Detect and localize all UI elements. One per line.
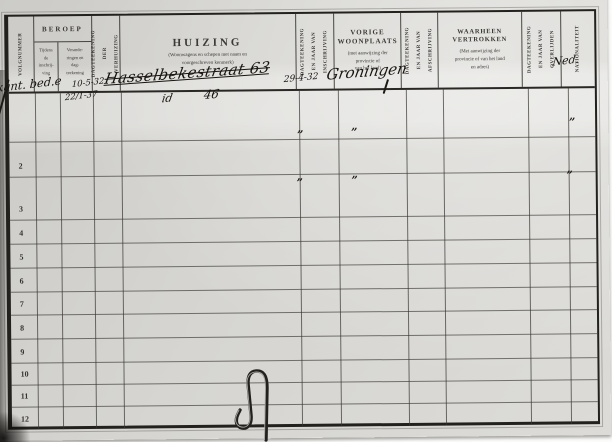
scan-shadow-corner [0,412,30,442]
paperclip-icon [228,366,280,442]
header-vorige-woonplaats: VORIGE WOONPLAATS [337,28,397,47]
header-waarheen-sub: (Met aanwijzing der provincie of van het… [455,48,505,72]
row-number: 6 [20,277,24,286]
scan-shadow-left [0,70,9,442]
header-waarheen: WAARHEEN VERTROKKEN [452,28,507,46]
header-huizing: HUIZING [173,37,243,50]
row-number: 8 [20,324,24,333]
header-afschrijving: DAGTEEKENING EN JAAR VAN AFSCHRIJVING [402,26,437,74]
row-number: 9 [20,348,24,357]
ditto-mark-nationaliteit-row2: „ [569,109,575,122]
row-number: 10 [21,370,29,379]
ditto-mark-inschrijving-row3: „ [297,170,303,183]
grid-line-h [9,136,595,143]
row-number: 3 [19,205,23,214]
table-body: 2 3 4 5 6 7 8 9 10 11 12 [9,88,598,430]
paperclip-wire [236,371,267,440]
row-number: 11 [21,392,29,401]
row-number: 7 [20,300,24,309]
grid-line-v [443,90,447,426]
header-overlijden-cell: DAGTEEKENING EN JAAR VAN OVERLIJDEN [522,11,562,86]
ditto-mark-nationaliteit-row3: „ [567,162,573,175]
ditto-mark-woonplaats-row2: „ [351,119,357,132]
grid-line-h [11,333,597,340]
grid-line-h [11,357,597,364]
grid-line-h [12,379,598,386]
header-volgnummer: VOLGNUMMER [15,32,27,75]
header-beroep: BEROEP [34,16,91,43]
grid-line-v [299,91,303,427]
grid-line-h [12,401,598,408]
header-afschrijving-cell: DAGTEEKENING EN JAAR VAN AFSCHRIJVING [401,13,438,88]
register-card: VOLGNUMMER BEROEP Tijdens de inschrij- v… [0,0,611,441]
row-number: 5 [19,253,23,262]
row-number: 4 [19,229,23,238]
grid-line-v [60,93,64,429]
grid-line-h [11,309,597,316]
grid-line-v [528,89,532,425]
grid-line-v [93,93,97,429]
grid-line-h [10,214,596,221]
ditto-mark-woonplaats-row3: „ [352,167,358,180]
grid-line-h [11,262,597,269]
grid-line-v [121,93,125,429]
grid-line-v [35,93,39,429]
entry-huizing-number: 46 [203,87,221,102]
grid-line-h [11,286,597,293]
grid-line-h [10,238,596,245]
grid-line-v [338,91,342,427]
header-waarheen-cell: WAARHEEN VERTROKKEN (Met aanwijzing der … [438,12,523,88]
grid-line-v [406,90,410,426]
ditto-mark-inschrijving-row2: „ [297,122,303,135]
register-table: VOLGNUMMER BEROEP Tijdens de inschrij- v… [4,9,600,430]
row-number: 2 [19,162,23,171]
grid-line-v [568,88,572,424]
scanned-document: VOLGNUMMER BEROEP Tijdens de inschrij- v… [0,0,612,442]
header-nationaliteit-cell: NATIONALITEIT [561,11,594,86]
